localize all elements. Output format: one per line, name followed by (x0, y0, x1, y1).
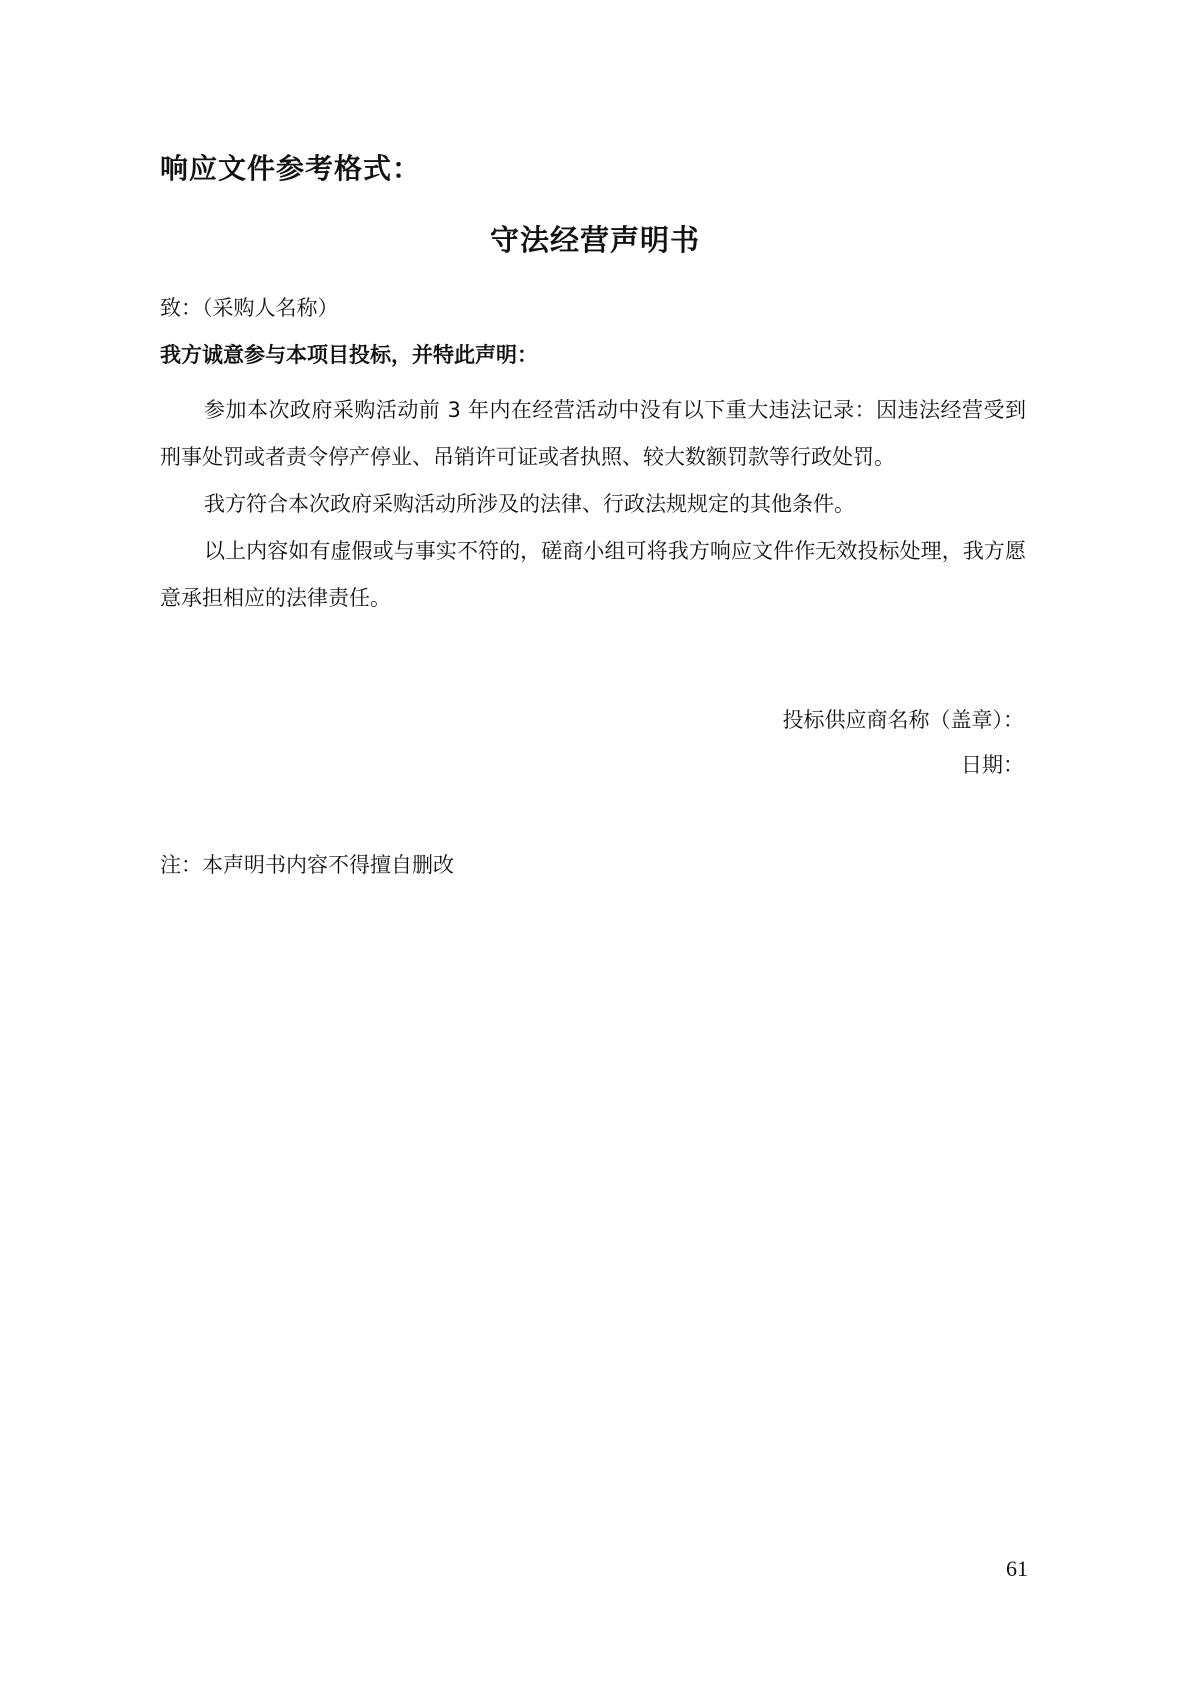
page-number: 61 (1006, 1556, 1028, 1582)
paragraph-liability: 以上内容如有虚假或与事实不符的，磋商小组可将我方响应文件作无效投标处理，我方愿意… (160, 528, 1026, 622)
addressee-line: 致：（采购人名称） (160, 293, 339, 323)
date-label: 日期： (961, 750, 1024, 780)
note-text: 注：本声明书内容不得擅自删改 (160, 850, 454, 880)
declaration-intro: 我方诚意参与本项目投标，并特此声明： (160, 340, 538, 370)
paragraph-other-conditions: 我方符合本次政府采购活动所涉及的法律、行政法规规定的其他条件。 (160, 481, 1026, 528)
section-heading: 响应文件参考格式： (160, 147, 421, 187)
supplier-name-seal-label: 投标供应商名称（盖章）： (783, 705, 1025, 735)
document-title: 守法经营声明书 (0, 218, 1190, 259)
document-page: 响应文件参考格式： 守法经营声明书 致：（采购人名称） 我方诚意参与本项目投标，… (0, 0, 1190, 1682)
declaration-body: 参加本次政府采购活动前 3 年内在经营活动中没有以下重大违法记录：因违法经营受到… (160, 387, 1026, 622)
paragraph-no-violations: 参加本次政府采购活动前 3 年内在经营活动中没有以下重大违法记录：因违法经营受到… (160, 387, 1026, 481)
